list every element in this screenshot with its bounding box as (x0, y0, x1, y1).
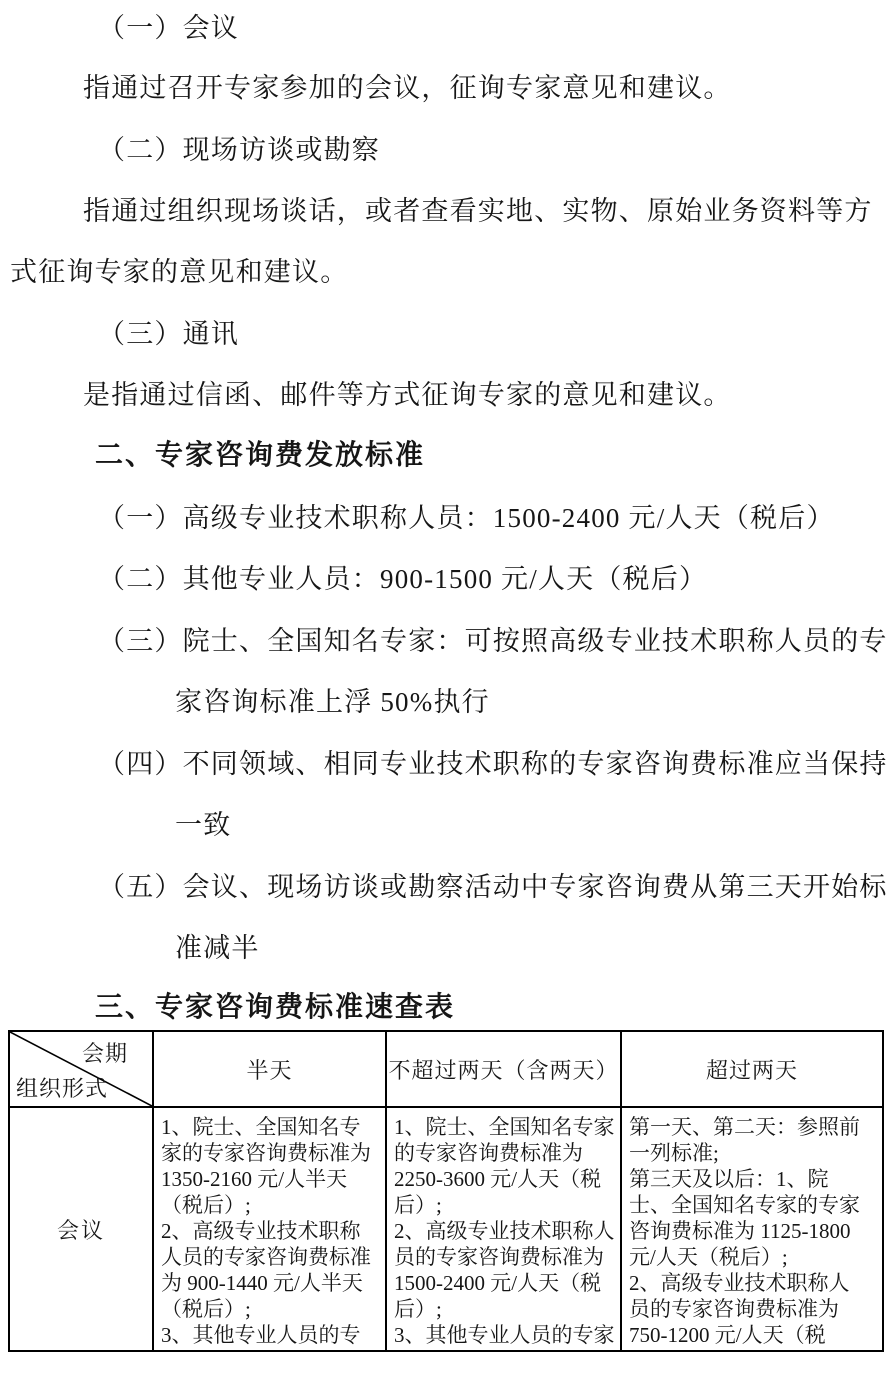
doc-line-item-fee-5: （五）会议、现场访谈或勘察活动中专家咨询费从第三天开始标 (98, 871, 888, 903)
corner-label-session: 会期 (82, 1037, 128, 1068)
doc-line-item-1: （一）会议 (98, 12, 239, 44)
doc-line-item-fee-2: （二）其他专业人员：900-1500 元/人天（税后） (98, 563, 707, 595)
row-label-meeting: 会议 (10, 1106, 152, 1350)
doc-line-item-3: （三）通讯 (98, 318, 239, 350)
doc-line-paragraph: 指通过召开专家参加的会议，征询专家意见和建议。 (83, 72, 732, 104)
corner-label-format: 组织形式 (16, 1072, 108, 1103)
doc-line-item-fee-3: （三）院士、全国知名专家：可按照高级专业技术职称人员的专 (98, 625, 888, 657)
doc-line-item-fee-1: （一）高级专业技术职称人员：1500-2400 元/人天（税后） (98, 502, 835, 534)
section-heading-3: 三、专家咨询费标准速查表 (95, 992, 455, 1024)
table-cell-meeting-over-two-days: 第一天、第二天：参照前 一列标准; 第三天及以后：1、院 士、全国知名专家的专家… (620, 1106, 882, 1350)
doc-line-continuation: 家咨询标准上浮 50%执行 (175, 686, 490, 718)
table-corner-cell: 会期 组织形式 (10, 1032, 152, 1106)
column-header-half-day: 半天 (152, 1032, 385, 1106)
table-cell-meeting-up-to-two-days: 1、院士、全国知名专家 的专家咨询费标准为 2250-3600 元/人天（税 后… (385, 1106, 620, 1350)
doc-line-item-2: （二）现场访谈或勘察 (98, 134, 380, 166)
doc-line-paragraph: 是指通过信函、邮件等方式征询专家的意见和建议。 (83, 379, 732, 411)
fee-table: 会期 组织形式 半天 不超过两天（含两天） 超过两天 会议 1、院士、全国知名专… (8, 1030, 884, 1352)
doc-line-item-fee-4: （四）不同领域、相同专业技术职称的专家咨询费标准应当保持 (98, 748, 888, 780)
doc-line-continuation: 式征询专家的意见和建议。 (10, 256, 348, 288)
column-header-over-two-days: 超过两天 (620, 1032, 882, 1106)
doc-line-continuation: 准减半 (175, 932, 260, 964)
document-page: （一）会议 指通过召开专家参加的会议，征询专家意见和建议。 （二）现场访谈或勘察… (0, 0, 891, 1384)
section-heading-2: 二、专家咨询费发放标准 (95, 440, 425, 472)
table-cell-meeting-half-day: 1、院士、全国知名专 家的专家咨询费标准为 1350-2160 元/人半天 （税… (152, 1106, 385, 1350)
doc-line-continuation: 一致 (175, 809, 231, 841)
column-header-up-to-two-days: 不超过两天（含两天） (385, 1032, 620, 1106)
doc-line-paragraph: 指通过组织现场谈话，或者查看实地、实物、原始业务资料等方 (83, 195, 873, 227)
